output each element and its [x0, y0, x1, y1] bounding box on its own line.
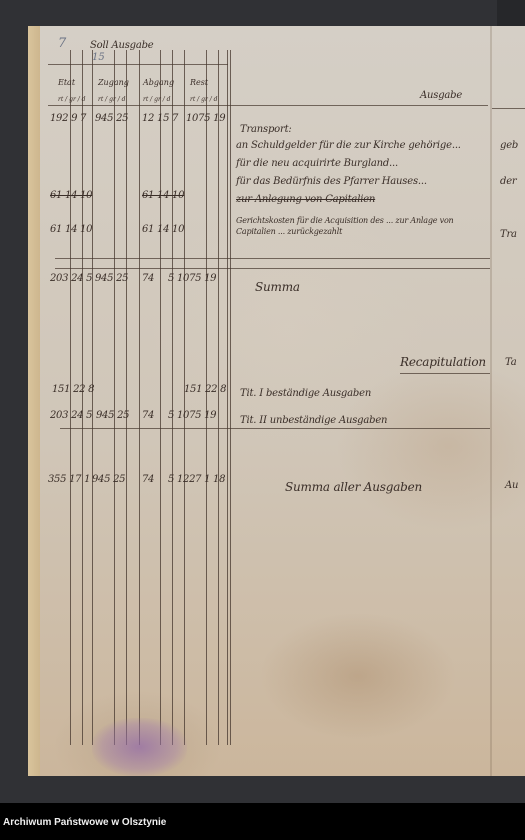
- header-rule: [48, 105, 488, 106]
- cell-zugang: 945 25: [96, 410, 129, 421]
- cell-abgang: 74: [142, 410, 154, 421]
- column-subheader: rt / gr / d: [58, 96, 86, 103]
- folio-number: 15: [92, 52, 105, 63]
- cell-etat: 203 24 5: [50, 273, 92, 284]
- column-rule: [139, 50, 140, 745]
- section-rule: [55, 258, 490, 259]
- cell-etat: 203 24 5: [50, 410, 92, 421]
- underline: [400, 373, 490, 374]
- column-rule: [126, 50, 127, 745]
- archive-name: Archiwum Państwowe w Olsztynie: [3, 817, 166, 828]
- column-header-rest: Rest: [190, 78, 208, 87]
- total-zugang: 945 25: [92, 474, 125, 485]
- row-text-struck: zur Anlegung von Capitalien: [236, 194, 375, 205]
- cell-etat: 61 14 10: [50, 190, 92, 201]
- cell-abgang: 12 15 7: [142, 113, 178, 124]
- column-rule: [82, 50, 83, 745]
- column-rule: [227, 50, 228, 745]
- column-rule: [114, 50, 115, 745]
- margin-fragment: der: [500, 176, 517, 187]
- cell-rest: 1075 19: [186, 113, 225, 124]
- section-rule: [60, 428, 490, 429]
- right-header: Ausgabe: [420, 90, 462, 101]
- column-subheader: rt / gr / d: [98, 96, 126, 103]
- row-text: an Schuldgelder für die zur Kirche gehör…: [236, 140, 461, 151]
- column-header-zugang: Zugang: [98, 78, 129, 87]
- pencil-mark: 7: [58, 36, 66, 51]
- row-text: für das Bedürfnis des Pfarrer Hauses...: [236, 176, 427, 187]
- margin-fragment: Ta: [505, 357, 516, 368]
- column-rule: [70, 50, 71, 745]
- table-title: Soll Ausgabe: [90, 40, 154, 51]
- total-rest: 5 1227 1 18: [168, 474, 225, 485]
- page-edge: [28, 26, 40, 776]
- cell-rest: 5 1075 19: [168, 273, 216, 284]
- column-rule: [160, 50, 161, 745]
- margin-fragment: geb: [500, 140, 518, 151]
- column-subheader: rt / gr / d: [143, 96, 171, 103]
- summa-label: Summa: [255, 280, 300, 294]
- cell-abgang: 61 14 10: [142, 224, 184, 235]
- header-rule: [492, 108, 525, 109]
- cell-zugang: 945 25: [95, 113, 128, 124]
- archive-stamp: [92, 718, 187, 776]
- column-rule: [206, 50, 207, 745]
- column-header-etat: Etat: [58, 78, 75, 87]
- image-viewer: 7 15 Soll Ausgabe Etat Zugang Abgang Res…: [0, 0, 525, 803]
- page-fold: [490, 26, 492, 776]
- cell-rest: 5 1075 19: [168, 410, 216, 421]
- column-rule: [184, 50, 185, 745]
- margin-fragment: Au: [505, 480, 518, 491]
- document-page: [28, 26, 525, 776]
- footer-bar: Archiwum Państwowe w Olsztynie: [0, 803, 525, 840]
- cell-zugang: 945 25: [95, 273, 128, 284]
- margin-fragment: Tra: [500, 229, 517, 240]
- recap-row-text: Tit. I beständige Ausgaben: [240, 388, 371, 399]
- column-subheader: rt / gr / d: [190, 96, 218, 103]
- cell-etat: 192 9 7: [50, 113, 86, 124]
- total-etat: 355 17 1: [48, 474, 90, 485]
- column-rule: [92, 50, 93, 745]
- row-text: für die neu acquirirte Burgland...: [236, 158, 398, 169]
- section-rule: [55, 268, 490, 269]
- cell-abgang: 74: [142, 273, 154, 284]
- column-rule: [172, 50, 173, 745]
- row-text: Transport:: [240, 124, 292, 135]
- grand-total-label: Summa aller Ausgaben: [285, 480, 422, 494]
- cell-etat: 151 22 8: [52, 384, 94, 395]
- cell-etat: 61 14 10: [50, 224, 92, 235]
- row-text: Gerichtskosten für die Acquisition des .…: [236, 215, 486, 237]
- column-rule: [230, 50, 231, 745]
- column-header-abgang: Abgang: [143, 78, 174, 87]
- total-abgang: 74: [142, 474, 154, 485]
- column-rule: [218, 50, 219, 745]
- cell-rest: 151 22 8: [184, 384, 226, 395]
- header-rule: [48, 64, 228, 65]
- recap-title: Recapitulation: [400, 355, 486, 369]
- recap-row-text: Tit. II unbeständige Ausgaben: [240, 415, 387, 426]
- cell-abgang: 61 14 10: [142, 190, 184, 201]
